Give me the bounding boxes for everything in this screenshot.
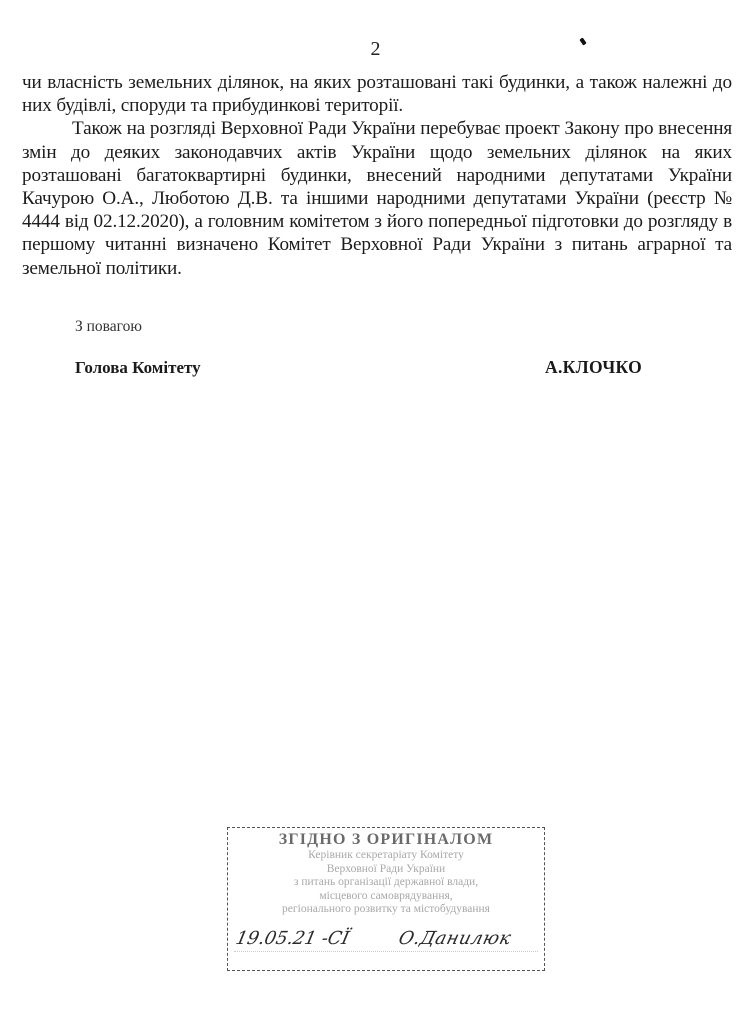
signatory-title: Голова Комітету [75,358,201,378]
paragraph-continuation: чи власність земельних ділянок, на яких … [22,71,732,117]
handwritten-date: 19.05.21 -СЇ [234,928,351,949]
closing-phrase: З повагою [75,318,142,336]
stamp-line: Верховної Ради України [228,863,544,877]
stamp-line: Керівник секретаріату Комітету [228,849,544,863]
handwritten-signature: О.Данилюк [396,928,513,949]
stamp-line: з питань організації державної влади, [228,876,544,890]
page-number: 2 [0,38,751,61]
letter-body: чи власність земельних ділянок, на яких … [22,71,732,280]
stamp-title: ЗГІДНО З ОРИГІНАЛОМ [228,831,544,849]
paragraph-draft-law: Також на розгляді Верховної Ради України… [22,117,732,279]
signatory-name: А.КЛОЧКО [545,357,642,378]
certification-stamp: ЗГІДНО З ОРИГІНАЛОМ Керівник секретаріат… [227,827,545,971]
stamp-line: регіонального розвитку та містобудування [228,903,544,917]
stamp-handwriting: 19.05.21 -СЇ О.Данилюк [236,928,566,949]
stamp-line: місцевого самоврядування, [228,890,544,904]
stamp-signature-line [234,951,538,952]
